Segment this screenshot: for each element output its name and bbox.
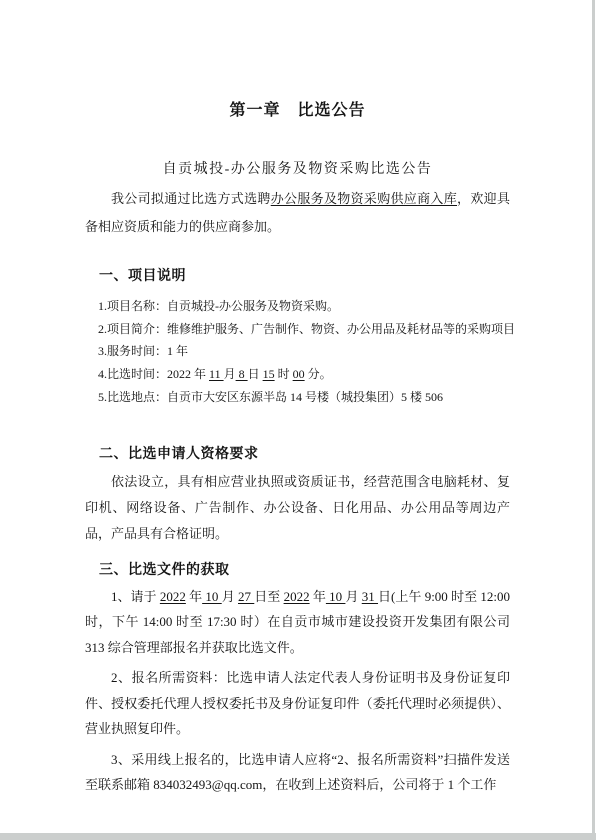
item-selection-time: 4.比选时间：2022 年 11 月 8 日 15 时 00 分。 (85, 363, 510, 386)
acq1-text: 月 (222, 589, 238, 604)
selection-time-minute: 00 (293, 367, 305, 381)
acq1-start-day: 27 (238, 589, 254, 604)
acq1-end-month: 10 (326, 589, 346, 604)
selection-time-text: 分。 (305, 367, 332, 381)
selection-time-month: 11 (209, 367, 224, 381)
selection-time-text: 月 (224, 367, 236, 381)
item-service-period: 3.服务时间：1 年 (85, 340, 510, 363)
project-items: 1.项目名称：自贡城投-办公服务及物资采购。 2.项目简介：维修维护服务、广告制… (85, 295, 510, 409)
item-selection-venue: 5.比选地点：自贡市大安区东源半岛 14 号楼（城投集团）5 楼 506 (85, 386, 510, 409)
document-page: 第一章 比选公告 自贡城投-办公服务及物资采购比选公告 我公司拟通过比选方式选聘… (0, 0, 596, 840)
acq1-end-day: 31 (362, 589, 378, 604)
acquisition-paragraph-1: 1、请于 2022 年 10 月 27 日至 2022 年 10 月 31 日(… (85, 584, 510, 661)
acq1-text: 年 (310, 589, 326, 604)
section-heading-project-info: 一、项目说明 (85, 267, 510, 287)
selection-time-text: 时 (275, 367, 293, 381)
intro-underlined-text: 办公服务及物资采购供应商入库 (271, 191, 457, 206)
section-heading-document-acquisition: 三、比选文件的获取 (85, 561, 510, 581)
selection-time-text: 4.比选时间：2022 年 (98, 367, 209, 381)
item-project-brief: 2.项目简介：维修维护服务、广告制作、物资、办公用品及耗材品等的采购项目 (85, 318, 510, 341)
announcement-title: 自贡城投-办公服务及物资采购比选公告 (85, 160, 510, 180)
acquisition-paragraph-2: 2、报名所需资料：比选申请人法定代表人身份证明书及身份证复印件、授权委托代理人授… (85, 665, 510, 742)
acq1-text: 年 (186, 589, 202, 604)
selection-time-text: 日 (248, 367, 263, 381)
selection-time-hour: 15 (263, 367, 275, 381)
selection-time-day: 8 (236, 367, 248, 381)
acq1-start-month: 10 (202, 589, 222, 604)
acq1-text: 1、请于 (111, 589, 160, 604)
acq3-text: ，在收到上述资料后，公司将于 1 个工作 (262, 777, 496, 792)
acq1-start-year: 2022 (160, 589, 186, 604)
intro-text-pre: 我公司拟通过比选方式选聘 (111, 191, 271, 206)
acq1-text: 日至 (254, 589, 283, 604)
acq1-text: 月 (345, 589, 361, 604)
email-text: 834032493@qq.com (153, 777, 262, 792)
qualifications-paragraph: 依法设立，具有相应营业执照或资质证书，经营范围含电脑耗材、复印机、网络设备、广告… (85, 469, 510, 547)
page-edge-bottom-strip (0, 833, 596, 840)
section-heading-applicant-qualifications: 二、比选申请人资格要求 (85, 445, 510, 465)
page-edge-right-strip (592, 0, 595, 840)
chapter-title: 第一章 比选公告 (85, 100, 510, 122)
intro-paragraph: 我公司拟通过比选方式选聘办公服务及物资采购供应商入库，欢迎具备相应资质和能力的供… (85, 185, 510, 241)
acq1-end-year: 2022 (284, 589, 310, 604)
item-project-name: 1.项目名称：自贡城投-办公服务及物资采购。 (85, 295, 510, 318)
acquisition-paragraph-3: 3、采用线上报名的，比选申请人应将“2、报名所需资料”扫描件发送至联系邮箱 83… (85, 747, 510, 798)
